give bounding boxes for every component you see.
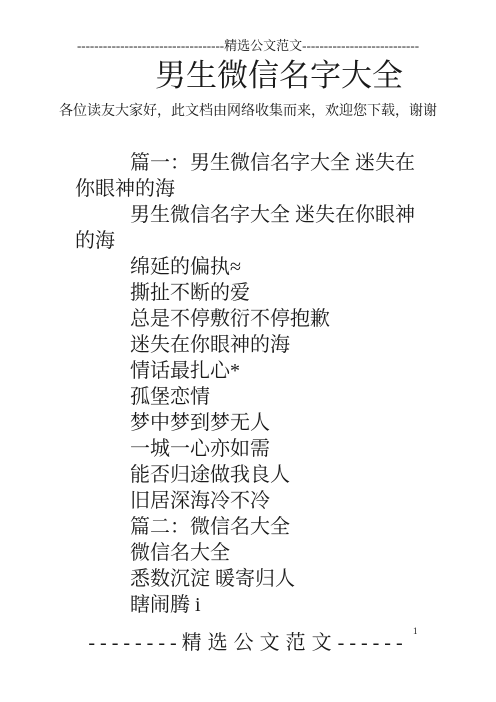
footer-dashes-right: ------: [338, 632, 408, 654]
document-title: 男生微信名字大全: [62, 56, 496, 96]
header-dashes-right: ---------------------------: [302, 38, 419, 53]
body-line: 孤堡恋情: [75, 384, 430, 410]
body-line: 能否归途做我良人: [75, 462, 430, 488]
body-line: 梦中梦到梦无人: [75, 410, 430, 436]
body-line: 篇二：微信名大全: [75, 514, 430, 540]
header-rule: ----------------------------------精选公文范文…: [0, 38, 496, 54]
header-dashes-left: ----------------------------------: [77, 38, 224, 53]
body-line: 撕扯不断的爱: [75, 280, 430, 306]
page-number: 1: [413, 626, 418, 636]
footer-rule: --------精选公文范文------: [0, 631, 496, 655]
body-line: 情话最扎心*: [75, 358, 430, 384]
header-label: 精选公文范文: [224, 38, 302, 53]
body-line: 男生微信名字大全 迷失在你眼神: [75, 202, 430, 228]
document-body: 篇一：男生微信名字大全 迷失在你眼神的海男生微信名字大全 迷失在你眼神的海绵延的…: [75, 150, 430, 618]
body-line: 一城一心亦如需: [75, 436, 430, 462]
body-line: 的海: [75, 228, 430, 254]
body-line: 微信名大全: [75, 540, 430, 566]
body-line: 悉数沉淀 暖寄归人: [75, 566, 430, 592]
document-subtitle: 各位读友大家好，此文档由网络收集而来，欢迎您下载，谢谢: [0, 102, 496, 122]
body-line: 瞎闹腾 i: [75, 592, 430, 618]
footer-label: 精选公文范文: [182, 632, 338, 654]
body-line: 迷失在你眼神的海: [75, 332, 430, 358]
body-line: 总是不停敷衍不停抱歉: [75, 306, 430, 332]
body-line: 篇一：男生微信名字大全 迷失在: [75, 150, 430, 176]
body-line: 你眼神的海: [75, 176, 430, 202]
body-line: 绵延的偏执≈: [75, 254, 430, 280]
document-page: ----------------------------------精选公文范文…: [0, 0, 496, 702]
footer-dashes-left: --------: [88, 632, 181, 654]
body-line: 旧居深海冷不冷: [75, 488, 430, 514]
